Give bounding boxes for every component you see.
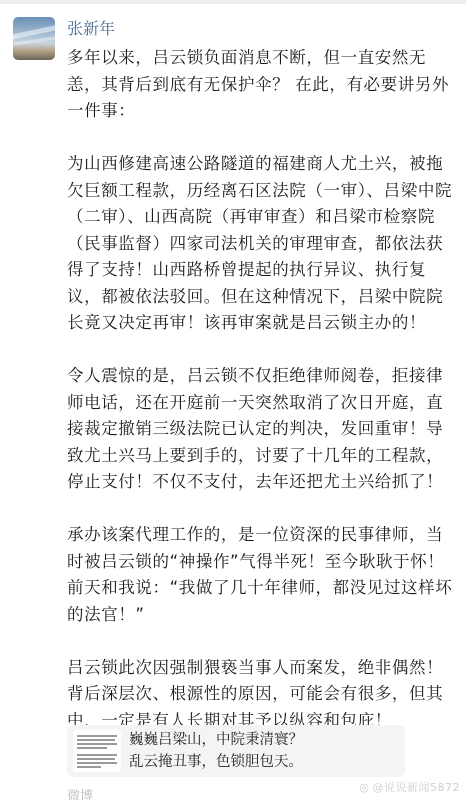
link-card-line: 巍巍吕梁山，中院秉清寰？ — [129, 729, 303, 751]
source-label: 微博 — [67, 785, 93, 800]
post-paragraph: 承办该案代理工作的，是一位资深的民事律师，当时被吕云锁的“神操作”气得半死！至今… — [67, 522, 459, 628]
avatar[interactable] — [13, 17, 55, 60]
post-paragraph: 吕云锁此次因强制猥亵当事人而案发，绝非偶然！背后深层次、根源性的原因，可能会有很… — [67, 655, 459, 735]
watermark: ◎@说说新闻5872 — [359, 779, 460, 795]
watermark-text: @说说新闻5872 — [373, 781, 461, 794]
link-card-line: 乱云掩丑事，色锁胆包天。 — [129, 751, 303, 773]
link-card[interactable]: 巍巍吕梁山，中院秉清寰？ 乱云掩丑事，色锁胆包天。 — [67, 725, 405, 777]
post-paragraph: 为山西修建高速公路隧道的福建商人尤土兴，被拖欠巨额工程款，历经离石区法院（一审）… — [67, 151, 459, 337]
author-name[interactable]: 张新年 — [67, 18, 115, 40]
weibo-logo-icon: ◎ — [359, 781, 369, 794]
post-body: 多年以来，吕云锁负面消息不断，但一直安然无恙，其背后到底有无保护伞？ 在此，有必… — [67, 45, 459, 734]
link-card-text: 巍巍吕梁山，中院秉清寰？ 乱云掩丑事，色锁胆包天。 — [129, 729, 303, 773]
top-bar — [0, 0, 466, 4]
post-paragraph: 多年以来，吕云锁负面消息不断，但一直安然无恙，其背后到底有无保护伞？ 在此，有必… — [67, 45, 459, 125]
link-card-thumbnail — [73, 730, 121, 772]
post-paragraph: 令人震惊的是，吕云锁不仅拒绝律师阅卷，拒接律师电话，还在开庭前一天突然取消了次日… — [67, 363, 459, 496]
